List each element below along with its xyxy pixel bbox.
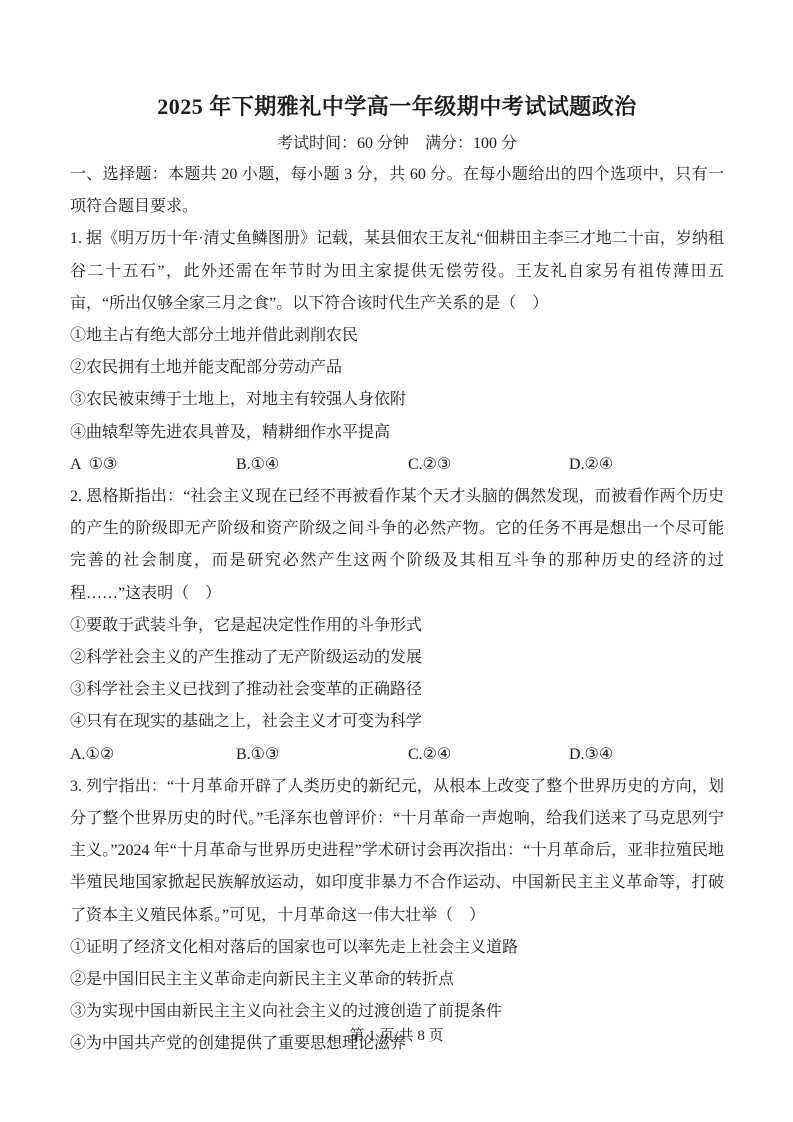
question-2: 2. 恩格斯指出：“社会主义现在已经不再被看作某个天才头脑的偶然发现，而被看作两… <box>70 481 724 771</box>
question-3-stem: 3. 列宁指出：“十月革命开辟了人类历史的新纪元，从根本上改变了整个世界历史的方… <box>70 771 724 932</box>
question-2-item-3: ③科学社会主义已找到了推动社会变革的正确路径 <box>70 674 724 706</box>
question-2-item-4: ④只有在现实的基础之上，社会主义才可变为科学 <box>70 706 724 738</box>
question-2-choices-row: A.①② B.①③ C.②④ D.③④ <box>70 739 724 771</box>
question-1-stem: 1. 据《明万历十年·清丈鱼鳞图册》记载，某县佃农王友礼“佃耕田主李三才地二十亩… <box>70 223 724 320</box>
page-content: 2025 年下期雅礼中学高一年级期中考试试题政治 考试时间：60 分钟 满分：1… <box>70 92 724 1061</box>
question-1-choices-row: A ①③ B.①④ C.②③ D.②④ <box>70 449 724 481</box>
page-title: 2025 年下期雅礼中学高一年级期中考试试题政治 <box>70 92 724 122</box>
question-2-choice-d: D.③④ <box>569 739 724 771</box>
exam-meta: 考试时间：60 分钟 满分：100 分 <box>70 134 724 154</box>
question-1-choice-b: B.①④ <box>236 449 408 481</box>
question-1-item-1: ①地主占有绝大部分土地并借此剥削农民 <box>70 320 724 352</box>
question-2-choice-b: B.①③ <box>236 739 408 771</box>
question-1-choice-a: A ①③ <box>70 449 236 481</box>
question-3-item-3: ③为实现中国由新民主主义向社会主义的过渡创造了前提条件 <box>70 996 724 1028</box>
question-3-item-1: ①证明了经济文化相对落后的国家也可以率先走上社会主义道路 <box>70 932 724 964</box>
question-2-item-1: ①要敢于武装斗争，它是起决定性作用的斗争形式 <box>70 610 724 642</box>
section-heading: 一、选择题：本题共 20 小题，每小题 3 分，共 60 分。在每小题给出的四个… <box>70 159 724 223</box>
question-3: 3. 列宁指出：“十月革命开辟了人类历史的新纪元，从根本上改变了整个世界历史的方… <box>70 771 724 1061</box>
question-2-choice-c: C.②④ <box>408 739 569 771</box>
question-2-stem: 2. 恩格斯指出：“社会主义现在已经不再被看作某个天才头脑的偶然发现，而被看作两… <box>70 481 724 610</box>
question-1-item-2: ②农民拥有土地并能支配部分劳动产品 <box>70 352 724 384</box>
question-1-choice-c: C.②③ <box>408 449 569 481</box>
question-2-choice-a: A.①② <box>70 739 236 771</box>
question-1-choice-d: D.②④ <box>569 449 724 481</box>
exam-page: 2025 年下期雅礼中学高一年级期中考试试题政治 考试时间：60 分钟 满分：1… <box>0 0 793 1122</box>
page-footer: 第 1 页/共 8 页 <box>0 1026 793 1046</box>
question-1-item-3: ③农民被束缚于土地上，对地主有较强人身依附 <box>70 384 724 416</box>
question-1: 1. 据《明万历十年·清丈鱼鳞图册》记载，某县佃农王友礼“佃耕田主李三才地二十亩… <box>70 223 724 481</box>
question-1-item-4: ④曲辕犁等先进农具普及，精耕细作水平提高 <box>70 417 724 449</box>
question-2-item-2: ②科学社会主义的产生推动了无产阶级运动的发展 <box>70 642 724 674</box>
question-3-item-2: ②是中国旧民主主义革命走向新民主主义革命的转折点 <box>70 964 724 996</box>
